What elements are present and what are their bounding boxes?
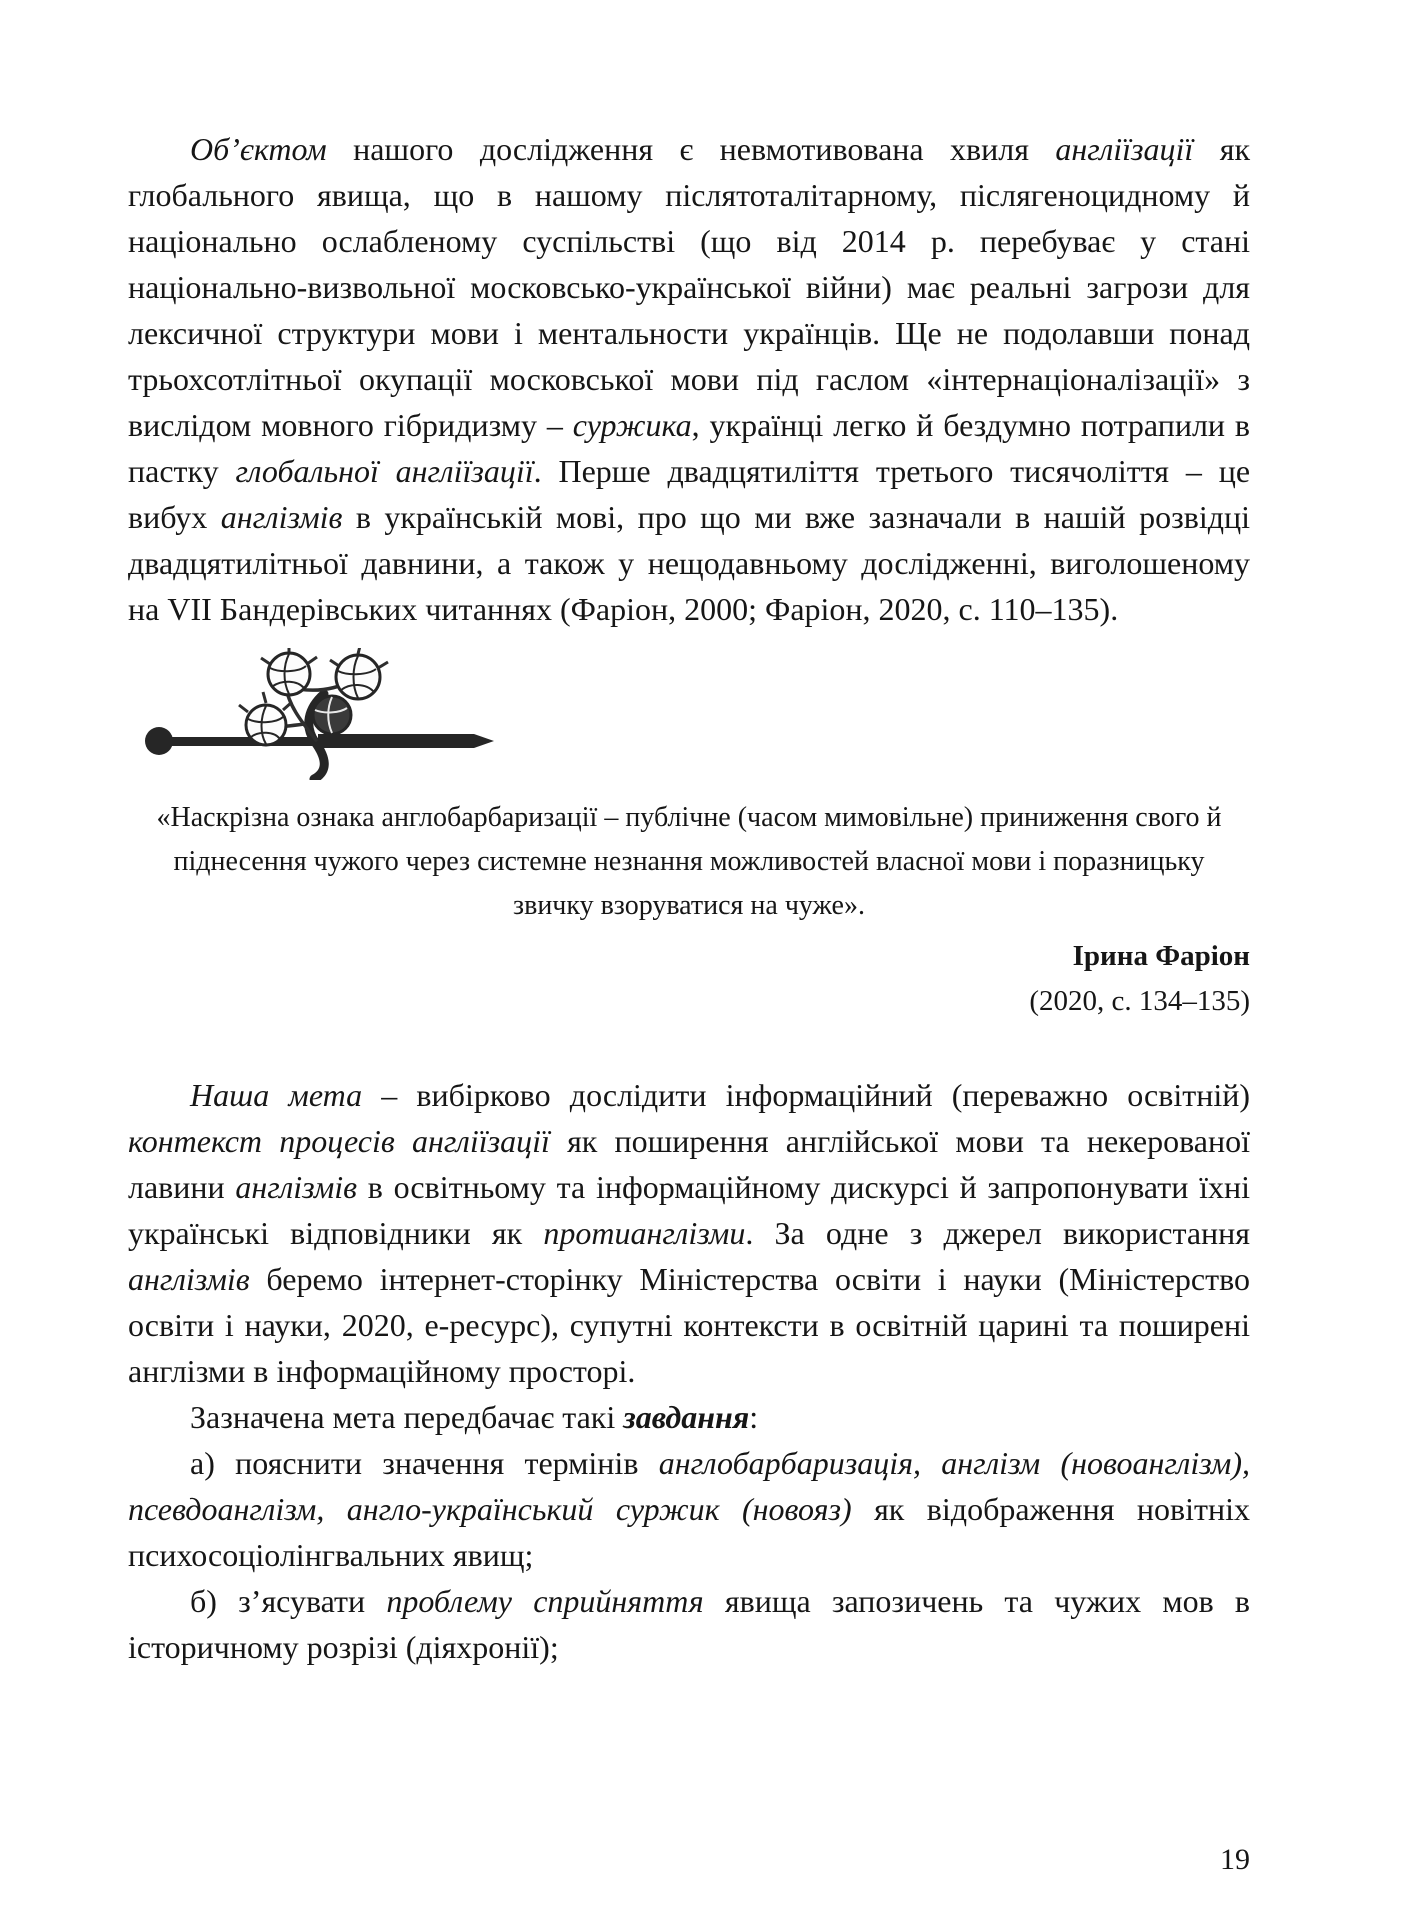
task-item-b: б) з’ясувати проблему сприйняття явища з…	[128, 1578, 1250, 1670]
book-page: Об’єктом нашого дослідження є невмотивов…	[0, 0, 1408, 1920]
body-paragraph-2: Наша мета – вибірково дослідити інформац…	[128, 1072, 1250, 1394]
body-paragraph-1: Об’єктом нашого дослідження є невмотивов…	[128, 126, 1250, 632]
text-block: Об’єктом нашого дослідження є невмотивов…	[0, 0, 1408, 1670]
sword-cotton-ornament-icon	[136, 648, 1250, 780]
epigraph-quote: «Наскрізна ознака англобарбаризації – пу…	[128, 796, 1250, 928]
tasks-intro: Зазначена мета передбачає такі завдання:	[128, 1394, 1250, 1440]
task-item-a: а) пояснити значення термінів англобарба…	[128, 1440, 1250, 1578]
quote-attribution: Ірина Фаріон (2020, с. 134–135)	[128, 934, 1250, 1024]
quote-citation: (2020, с. 134–135)	[128, 979, 1250, 1024]
quote-author: Ірина Фаріон	[128, 934, 1250, 979]
page-number: 19	[1220, 1843, 1250, 1877]
